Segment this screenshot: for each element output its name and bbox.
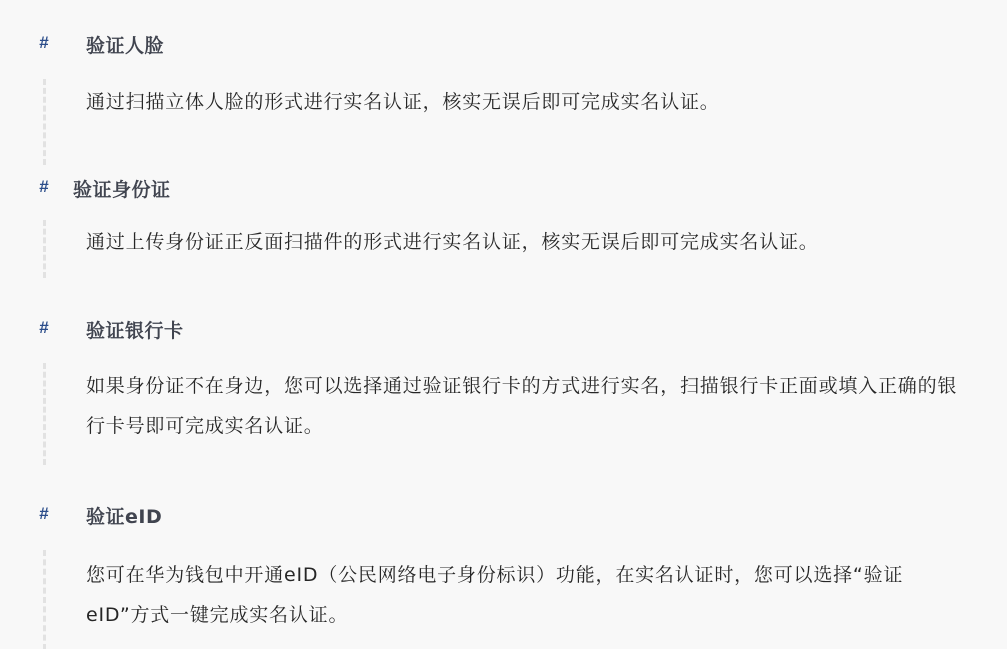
- quote-border: [43, 550, 46, 649]
- section-id-card-verification: # 验证身份证 通过上传身份证正反面扫描件的形式进行实名认证，核实无误后即可完成…: [0, 175, 1007, 205]
- section-eid-verification: # 验证eID 您可在华为钱包中开通eID（公民网络电子身份标识）功能，在实名认…: [0, 502, 1007, 532]
- section-heading-row: # 验证人脸: [0, 31, 1007, 61]
- section-title: 验证人脸: [86, 31, 164, 58]
- section-body: 通过扫描立体人脸的形式进行实名认证，核实无误后即可完成实名认证。: [86, 82, 966, 122]
- document-page: # 验证人脸 通过扫描立体人脸的形式进行实名认证，核实无误后即可完成实名认证。 …: [0, 0, 1007, 649]
- section-face-verification: # 验证人脸 通过扫描立体人脸的形式进行实名认证，核实无误后即可完成实名认证。: [0, 31, 1007, 61]
- quote-border: [43, 363, 46, 465]
- section-body: 您可在华为钱包中开通eID（公民网络电子身份标识）功能，在实名认证时，您可以选择…: [86, 555, 966, 635]
- section-title: 验证eID: [86, 502, 162, 529]
- section-heading-row: # 验证银行卡: [0, 316, 1007, 346]
- section-body: 通过上传身份证正反面扫描件的形式进行实名认证，核实无误后即可完成实名认证。: [86, 222, 966, 262]
- section-title: 验证身份证: [73, 175, 171, 202]
- section-title: 验证银行卡: [86, 316, 184, 343]
- heading-anchor-icon[interactable]: #: [39, 504, 48, 524]
- heading-anchor-icon[interactable]: #: [39, 33, 48, 53]
- quote-border: [43, 79, 46, 165]
- section-heading-row: # 验证身份证: [0, 175, 1007, 205]
- quote-border: [43, 220, 46, 278]
- section-bank-card-verification: # 验证银行卡 如果身份证不在身边，您可以选择通过验证银行卡的方式进行实名，扫描…: [0, 316, 1007, 346]
- heading-anchor-icon[interactable]: #: [39, 318, 48, 338]
- section-body: 如果身份证不在身边，您可以选择通过验证银行卡的方式进行实名，扫描银行卡正面或填入…: [86, 366, 966, 446]
- heading-anchor-icon[interactable]: #: [39, 177, 48, 197]
- section-heading-row: # 验证eID: [0, 502, 1007, 532]
